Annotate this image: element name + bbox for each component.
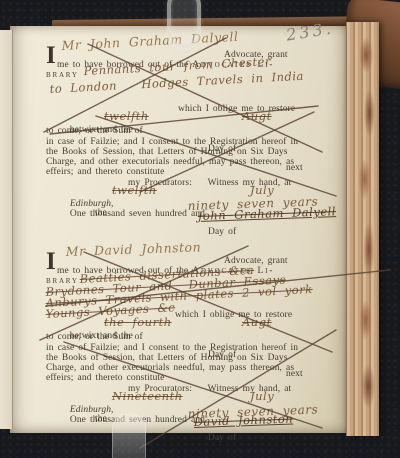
sign-month-hand: July: [250, 391, 274, 403]
due-day-hand: the fourth: [104, 317, 172, 329]
sign-day-hand: Nineteenth: [112, 391, 183, 403]
due-month-hand: Augt: [242, 111, 272, 123]
drop-cap-initial: I: [46, 43, 56, 68]
printed-failzie-line: effeirs; and thereto constitute: [46, 168, 164, 178]
printed-failzie-line: effeirs; and thereto constitute: [46, 374, 164, 384]
underlying-page-edge: [0, 30, 13, 429]
book-fore-edge: [346, 22, 379, 436]
printed-oblige-line: which I oblige me to restore: [178, 105, 295, 115]
top-page-clip: [167, 0, 201, 48]
printed-sum-line: to come, or the Sum of: [46, 333, 143, 343]
due-day-hand: twelfth: [104, 111, 149, 123]
sign-day-hand: twelfth: [112, 185, 157, 197]
drop-cap-initial: I: [46, 249, 56, 274]
bottom-page-clip: [112, 413, 146, 458]
sign-month-hand: July: [250, 185, 274, 197]
book-photo: 233. I Mr John Graham Dalyell Advocate, …: [0, 0, 400, 458]
due-month-hand: Augt: [242, 317, 272, 329]
printed-oblige-line: which I oblige me to restore: [175, 311, 292, 321]
printed-sum-line: to come, or the Sum of: [46, 127, 143, 137]
printed-brary: brary: [46, 71, 79, 81]
